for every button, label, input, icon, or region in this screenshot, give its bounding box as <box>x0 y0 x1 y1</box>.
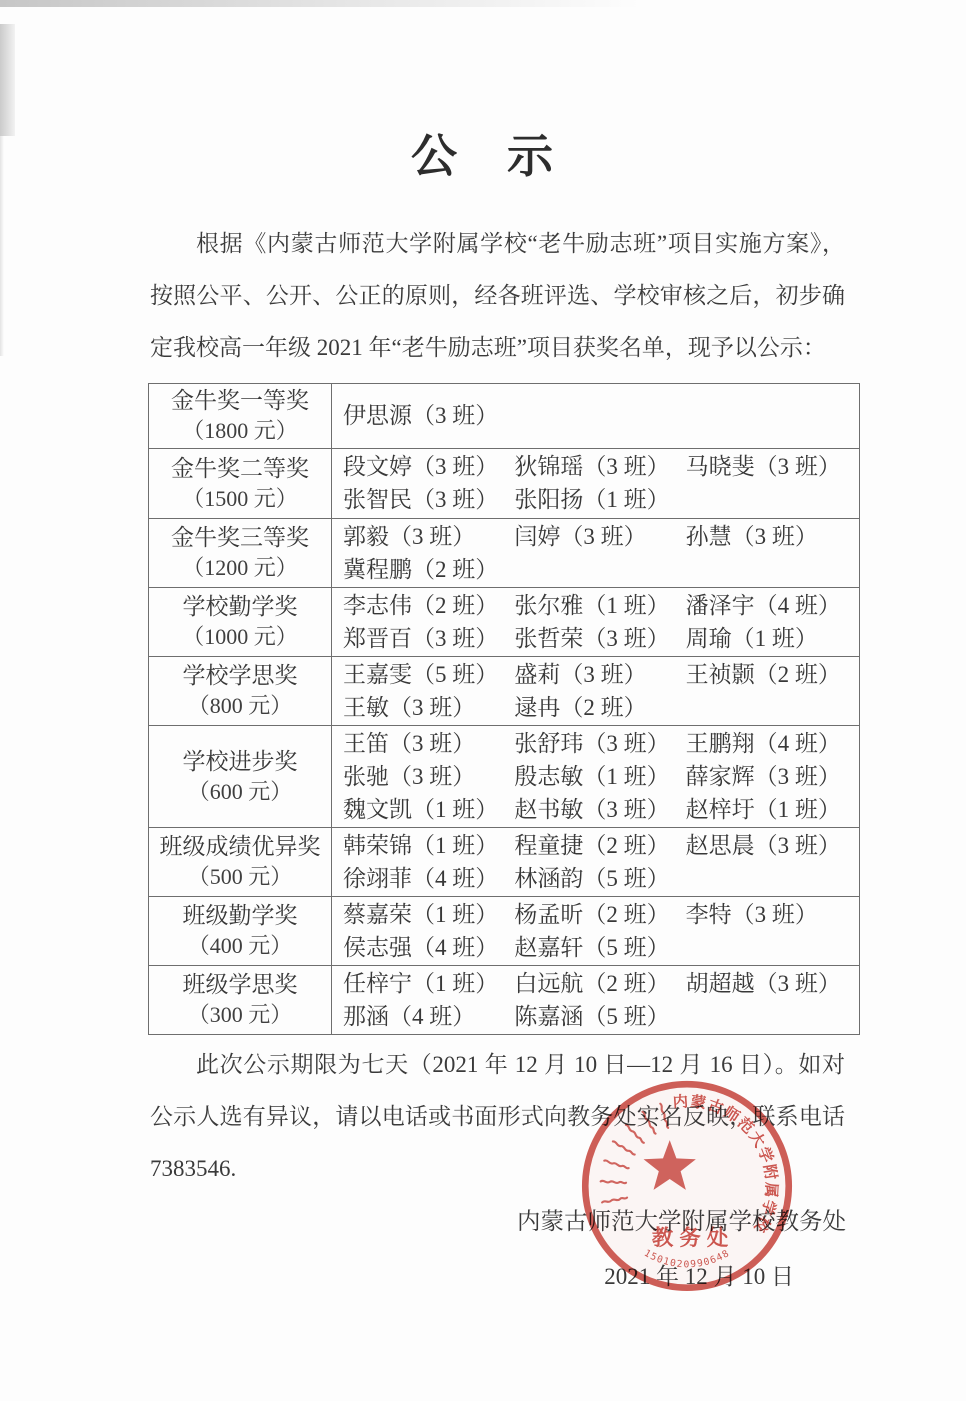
winners-cell: 蔡嘉荣（1 班） 杨孟昕（2 班） 李特（3 班） 侯志强（4 班） 赵嘉轩（5… <box>332 896 860 965</box>
winner: 胡超越（3 班） <box>686 967 857 1000</box>
winner: 任梓宁（1 班） <box>343 967 514 1000</box>
award-amount: （800 元） <box>149 691 331 721</box>
document-title: 公 示 <box>0 31 966 187</box>
winner: 闫婷（3 班） <box>514 520 685 553</box>
intro-paragraph: 根据《内蒙古师范大学附属学校“老牛励志班”项目实施方案》，按照公平、公开、公正的… <box>150 218 845 374</box>
table-row: 班级学思奖 （300 元） 任梓宁（1 班） 白远航（2 班） 胡超越（3 班）… <box>149 965 860 1034</box>
winner: 郑晋百（3 班） <box>343 622 514 655</box>
winner: 赵梓圩（1 班） <box>686 793 857 826</box>
winner: 张哲荣（3 班） <box>514 622 685 655</box>
award-name: 学校进步奖 <box>149 746 331 777</box>
table-row: 学校勤学奖 （1000 元） 李志伟（2 班） 张尔雅（1 班） 潘泽宇（4 班… <box>149 587 860 656</box>
winner: 赵嘉轩（5 班） <box>514 931 685 964</box>
winner: 马晓斐（3 班） <box>686 450 857 483</box>
winner: 王鹏翔（4 班） <box>686 727 857 760</box>
award-amount: （500 元） <box>149 862 331 892</box>
table-row: 金牛奖一等奖 （1800 元） 伊思源（3 班） <box>149 383 860 448</box>
scan-edge-left-faint <box>0 136 4 356</box>
award-amount: （600 元） <box>149 777 331 807</box>
winner: 孙慧（3 班） <box>686 520 857 553</box>
date-line: 2021 年 12 月 10 日 <box>0 1261 966 1293</box>
table-row: 学校进步奖 （600 元） 王笛（3 班） 张舒玮（3 班） 王鹏翔（4 班） … <box>149 725 860 827</box>
award-cell: 班级勤学奖 （400 元） <box>149 896 332 965</box>
winners-cell: 郭毅（3 班） 闫婷（3 班） 孙慧（3 班） 冀程鹏（2 班） <box>332 518 860 587</box>
award-amount: （1200 元） <box>149 553 331 583</box>
award-cell: 金牛奖一等奖 （1800 元） <box>149 383 332 448</box>
scan-edge-left <box>0 24 15 136</box>
winner: 徐翊菲（4 班） <box>343 862 514 895</box>
document-page: 公 示 根据《内蒙古师范大学附属学校“老牛励志班”项目实施方案》，按照公平、公开… <box>0 0 966 1401</box>
winner: 张智民（3 班） <box>343 483 514 516</box>
winner: 那涵（4 班） <box>343 1000 514 1033</box>
winner: 张驰（3 班） <box>343 760 514 793</box>
winner: 盛莉（3 班） <box>514 658 685 691</box>
winner: 程童捷（2 班） <box>514 829 685 862</box>
award-name: 班级勤学奖 <box>149 900 331 931</box>
table-row: 金牛奖二等奖 （1500 元） 段文婷（3 班） 狄锦瑶（3 班） 马晓斐（3 … <box>149 448 860 518</box>
winner: 李特（3 班） <box>686 898 857 931</box>
winner: 侯志强（4 班） <box>343 931 514 964</box>
winner: 蔡嘉荣（1 班） <box>343 898 514 931</box>
winner: 潘泽宇（4 班） <box>686 589 857 622</box>
scan-edge-top <box>0 0 640 7</box>
award-name: 金牛奖三等奖 <box>149 522 331 553</box>
winners-cell: 李志伟（2 班） 张尔雅（1 班） 潘泽宇（4 班） 郑晋百（3 班） 张哲荣（… <box>332 587 860 656</box>
table-row: 金牛奖三等奖 （1200 元） 郭毅（3 班） 闫婷（3 班） 孙慧（3 班） … <box>149 518 860 587</box>
winner: 张阳扬（1 班） <box>514 483 685 516</box>
award-cell: 学校进步奖 （600 元） <box>149 725 332 827</box>
winners-cell: 王笛（3 班） 张舒玮（3 班） 王鹏翔（4 班） 张驰（3 班） 殷志敏（1 … <box>332 725 860 827</box>
award-cell: 金牛奖二等奖 （1500 元） <box>149 448 332 518</box>
table-row: 学校学思奖 （800 元） 王嘉雯（5 班） 盛莉（3 班） 王祯颢（2 班） … <box>149 656 860 725</box>
winner: 魏文凯（1 班） <box>343 793 514 826</box>
award-cell: 班级成绩优异奖 （500 元） <box>149 827 332 896</box>
award-amount: （300 元） <box>149 1000 331 1030</box>
table-row: 班级勤学奖 （400 元） 蔡嘉荣（1 班） 杨孟昕（2 班） 李特（3 班） … <box>149 896 860 965</box>
winner: 伊思源（3 班） <box>343 399 514 432</box>
award-name: 学校学思奖 <box>149 660 331 691</box>
award-cell: 金牛奖三等奖 （1200 元） <box>149 518 332 587</box>
winner: 陈嘉涵（5 班） <box>514 1000 685 1033</box>
winner: 郭毅（3 班） <box>343 520 514 553</box>
winner: 逯冉（2 班） <box>514 691 685 724</box>
winner: 狄锦瑶（3 班） <box>514 450 685 483</box>
winner: 薛家辉（3 班） <box>686 760 857 793</box>
award-name: 学校勤学奖 <box>149 591 331 622</box>
winner: 王敏（3 班） <box>343 691 514 724</box>
winners-cell: 伊思源（3 班） <box>332 383 860 448</box>
award-cell: 学校学思奖 （800 元） <box>149 656 332 725</box>
award-cell: 学校勤学奖 （1000 元） <box>149 587 332 656</box>
winners-cell: 王嘉雯（5 班） 盛莉（3 班） 王祯颢（2 班） 王敏（3 班） 逯冉（2 班… <box>332 656 860 725</box>
winners-cell: 韩荣锦（1 班） 程童捷（2 班） 赵思晨（3 班） 徐翊菲（4 班） 林涵韵（… <box>332 827 860 896</box>
winner: 赵思晨（3 班） <box>686 829 857 862</box>
table-row: 班级成绩优异奖 （500 元） 韩荣锦（1 班） 程童捷（2 班） 赵思晨（3 … <box>149 827 860 896</box>
award-name: 班级学思奖 <box>149 969 331 1000</box>
winner: 殷志敏（1 班） <box>514 760 685 793</box>
winner: 段文婷（3 班） <box>343 450 514 483</box>
winner: 王祯颢（2 班） <box>686 658 857 691</box>
award-amount: （1000 元） <box>149 622 331 652</box>
award-amount: （1500 元） <box>149 484 331 514</box>
seal-dept-label: 教务处 <box>652 1225 734 1250</box>
award-name: 金牛奖一等奖 <box>149 385 331 416</box>
winner: 杨孟昕（2 班） <box>514 898 685 931</box>
winners-cell: 段文婷（3 班） 狄锦瑶（3 班） 马晓斐（3 班） 张智民（3 班） 张阳扬（… <box>332 448 860 518</box>
winner: 韩荣锦（1 班） <box>343 829 514 862</box>
awards-table: 金牛奖一等奖 （1800 元） 伊思源（3 班） 金牛奖二等奖 （1500 元）… <box>148 383 860 1035</box>
award-amount: （1800 元） <box>149 416 331 446</box>
seal-ring <box>585 1084 788 1287</box>
winner: 周瑜（1 班） <box>686 622 857 655</box>
winner: 张舒玮（3 班） <box>514 727 685 760</box>
signature-line: 内蒙古师范大学附属学校教务处 <box>0 1205 966 1239</box>
winner: 张尔雅（1 班） <box>514 589 685 622</box>
award-name: 班级成绩优异奖 <box>149 831 331 862</box>
winner: 王笛（3 班） <box>343 727 514 760</box>
winner: 林涵韵（5 班） <box>514 862 685 895</box>
award-cell: 班级学思奖 （300 元） <box>149 965 332 1034</box>
winner: 赵书敏（3 班） <box>514 793 685 826</box>
winner: 白远航（2 班） <box>514 967 685 1000</box>
award-amount: （400 元） <box>149 931 331 961</box>
winner: 李志伟（2 班） <box>343 589 514 622</box>
winners-cell: 任梓宁（1 班） 白远航（2 班） 胡超越（3 班） 那涵（4 班） 陈嘉涵（5… <box>332 965 860 1034</box>
winner: 冀程鹏（2 班） <box>343 553 514 586</box>
official-seal-stamp: 内蒙古师范大学附属学校 教务处 1501020990648 <box>570 1072 804 1306</box>
winner: 王嘉雯（5 班） <box>343 658 514 691</box>
award-name: 金牛奖二等奖 <box>149 453 331 484</box>
